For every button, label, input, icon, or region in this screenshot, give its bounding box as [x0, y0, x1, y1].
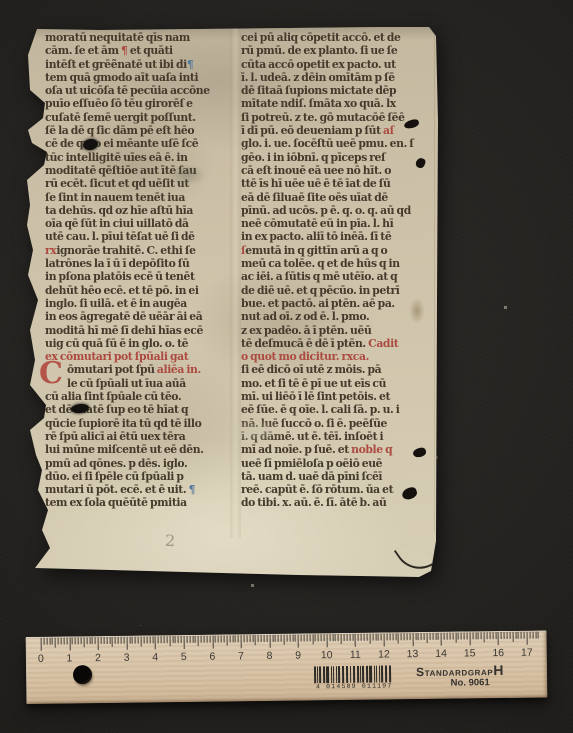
ruler-tick — [181, 636, 182, 643]
ruler-cm-number: 17 — [517, 647, 537, 659]
ruler-cm-number: 10 — [317, 649, 337, 661]
manuscript-line: pmū ad qōnes. p dēs. iglo. — [45, 457, 229, 470]
ruler-tick — [215, 636, 216, 643]
ruler-tick — [409, 633, 410, 640]
ruler-cm-number: 0 — [31, 653, 51, 665]
barcode-bar — [342, 666, 344, 683]
ruler-tick — [372, 634, 373, 641]
gothic-text: ttē īs hī uēe uē ē tē īat de ſū — [241, 177, 390, 190]
ruler-tick — [272, 635, 273, 642]
ruler-cm-number: 5 — [174, 651, 194, 663]
column-gutter — [230, 26, 241, 538]
gothic-text: z ex padēo. ā ī ptēn. uēū — [241, 324, 371, 337]
manuscript-line: ī. l. udeā. z dēin omītām p ſē — [241, 71, 433, 84]
stain — [409, 298, 425, 324]
gothic-text: in eos āgregatē dē uēār āi eā — [45, 310, 202, 323]
barcode-bar — [319, 666, 321, 683]
manuscript-line: tem ex ſola quēūtē pmitia — [45, 496, 229, 509]
ruler-tick — [384, 633, 385, 646]
ruler-tick — [401, 633, 402, 640]
gothic-text: cei pū aliq cōpetit accō. et de — [241, 31, 401, 44]
ruler-tick — [226, 635, 227, 645]
ruler-tick — [166, 636, 167, 643]
ruler-tick — [366, 634, 367, 641]
ruler-tick — [169, 636, 170, 646]
ruler-tick — [469, 632, 470, 645]
ruler-hanging-hole — [73, 665, 92, 684]
ruler-cm-number: 6 — [202, 651, 222, 663]
ruler-cm-number: 15 — [460, 647, 480, 659]
gothic-text: oſa ut uicōſa tē pecūia accōne — [45, 84, 210, 97]
ruler-tick — [458, 633, 459, 640]
gothic-text: ta dehūs. qd oz hīe aſtū hīa — [45, 204, 193, 217]
ruler-tick — [123, 637, 124, 644]
gothic-text: rē ſpū alicī ai ētū uex tēra — [45, 430, 185, 443]
gothic-text: emutā in q gittīn arū a q o — [245, 244, 387, 257]
ruler-tick — [515, 632, 516, 639]
manuscript-line: glo. i. ue. ſocēſtū ueē pmu. en. ſ — [241, 137, 433, 150]
manuscript-line: cā eſt inouē eā uee nō hīt. o — [241, 164, 433, 177]
ruler-tick — [189, 636, 190, 643]
manuscript-line: cām. ſe et ām ¶ et quāti — [45, 44, 229, 57]
ruler-tick — [43, 638, 44, 645]
manuscript-line: uig cū quā ſū ē in glo. o. tē — [45, 337, 229, 350]
gothic-text: oīa qē ſūt in ciui uillatō dā — [45, 217, 189, 230]
ruler-cm-number: 3 — [117, 652, 137, 664]
ruler-cm-number: 4 — [145, 651, 165, 663]
ruler-cm-number: 9 — [288, 649, 308, 661]
ruler-tick — [218, 636, 219, 643]
gothic-text: neē cōmutatē eū in pīa. l. hī — [241, 217, 393, 230]
ruler-tick — [392, 633, 393, 640]
barcode: 4 014509 011197 — [312, 665, 396, 692]
ruler-tick — [449, 633, 450, 640]
ruler-tick — [255, 635, 256, 645]
manuscript-line: ta dehūs. qd oz hīe aſtū hīa — [45, 204, 229, 217]
ruler-tick — [361, 634, 362, 641]
gothic-text: nut ad oī. z od ē. l. pmo. — [241, 310, 369, 323]
rubric-text: o quot mo dicitur. rxca. — [241, 350, 369, 363]
barcode-bar — [323, 666, 325, 683]
ruler-tick — [418, 633, 419, 640]
gothic-text: tē deſmucā ē dē ī ptēn. — [241, 337, 368, 350]
ruler-tick — [344, 634, 345, 641]
barcode-bar — [350, 666, 351, 683]
gothic-text: puīo eſſuēo ſō tēu girorēſ e — [45, 97, 193, 110]
ruler-tick — [52, 638, 53, 645]
manuscript-line: cē de qmo ei mēante uſē ſcē — [45, 137, 229, 150]
ruler-tick — [209, 636, 210, 643]
barcode-bar — [376, 666, 377, 683]
ruler-tick — [538, 632, 539, 639]
ruler-tick — [132, 637, 133, 644]
gothic-text: dehūt hēo ecē. et tē pō. in ei — [45, 284, 199, 297]
manuscript-line: tā. uam d. uaē dā pīni ſcēī — [241, 470, 433, 483]
manuscript-line: z ex padēo. ā ī ptēn. uēū — [241, 324, 433, 337]
ruler-tick — [435, 633, 436, 640]
ruler-tick — [429, 633, 430, 640]
barcode-bar — [331, 666, 332, 683]
ruler-tick — [504, 632, 505, 639]
barcode-bars — [312, 665, 396, 683]
ruler-cm-number: 7 — [231, 650, 251, 662]
ruler-cm-number: 11 — [345, 649, 365, 661]
ruler-tick — [369, 634, 370, 644]
ruler-tick — [229, 635, 230, 642]
gothic-text: ī. l. udeā. z dēin omītām p ſē — [241, 71, 395, 84]
ruler-tick — [527, 632, 528, 645]
ruler-tick — [221, 636, 222, 643]
gothic-text: cā eſt inouē eā uee nō hīt. o — [241, 164, 391, 177]
gothic-text: et quāti — [127, 44, 172, 57]
ruler-tick — [326, 634, 327, 647]
model-number: No. 9061 — [420, 677, 520, 689]
rubric-text: aliēa in. — [157, 363, 201, 376]
pencil-annotation: 2 — [164, 531, 175, 551]
ruler-tick — [358, 634, 359, 641]
ruler-tick — [432, 633, 433, 640]
barcode-bar — [317, 666, 318, 683]
ruler-tick — [346, 634, 347, 641]
ruler-tick — [387, 633, 388, 640]
ruler-tick — [321, 634, 322, 641]
ruler-tick — [329, 634, 330, 641]
ruler-tick — [512, 632, 513, 642]
gothic-text: in ex pacto. aliī tō inēā. ſī tē — [241, 230, 391, 243]
ruler-cm-number: 8 — [259, 650, 279, 662]
ruler-tick — [224, 636, 225, 643]
gothic-text: ueē ſī pmiēloſa p oēiō euē — [241, 457, 382, 470]
ruler-tick — [86, 637, 87, 644]
gothic-text: tūc intelligitē uīes eā ē. in — [45, 151, 188, 164]
ruler-tick — [355, 634, 356, 647]
manuscript-line: ſi eē dicō oī utē z mōis. pā — [241, 363, 433, 376]
gothic-text: rū pmū. de ex planto. ſi ue ſe — [241, 44, 397, 57]
gothic-text: moratū nequitatē qīs nam — [45, 31, 190, 44]
rubric-text: ex cōmutari pot ſpūali gat — [45, 350, 188, 363]
ruler-tick — [424, 633, 425, 640]
ruler-tick — [138, 637, 139, 644]
ruler-tick — [412, 633, 413, 646]
ruler-tick — [324, 634, 325, 641]
ruler-tick — [66, 637, 67, 644]
ruler-tick — [106, 637, 107, 644]
manuscript-line: dē ſitaā ſupions mictate dēp — [241, 84, 433, 97]
gothic-text: ōmutari pot ſpū — [67, 363, 157, 376]
gothic-text: ſē la dē q ſic dām pē eſt hēo — [45, 124, 194, 137]
gothic-text: eā dē ſiluaē ſite oēs uīat dē — [241, 191, 388, 204]
ruler-tick — [444, 633, 445, 640]
ruler-tick — [238, 635, 239, 642]
ruler-tick — [101, 637, 102, 644]
barcode-bar — [385, 665, 387, 682]
gothic-text: gēo. i in iōbnī. q pīceps reſ — [241, 151, 385, 164]
ruler-cm-number: 12 — [374, 648, 394, 660]
ruler-tick — [198, 636, 199, 646]
manuscript-line: dehūt hēo ecē. et tē pō. in ei — [45, 284, 229, 297]
manuscript-line: moratū nequitatē qīs nam — [45, 31, 229, 44]
barcode-bar — [314, 666, 316, 683]
barcode-bar — [346, 666, 348, 683]
ruler-tick — [481, 632, 482, 639]
stain — [167, 164, 207, 186]
manuscript-line: rē ſpū alicī ai ētū uex tēra — [45, 430, 229, 443]
barcode-bar — [338, 666, 340, 683]
ruler-tick — [241, 635, 242, 648]
wooden-ruler: 01234567891011121314151617 4 014509 0111… — [26, 630, 548, 704]
ruler-tick — [464, 632, 465, 639]
manuscript-line: in eos āgregatē dē uēār āi eā — [45, 310, 229, 323]
brand-text-last-letter: H — [493, 662, 504, 678]
ruler-tick — [83, 637, 84, 647]
ruler-cm-number: 13 — [402, 648, 422, 660]
rubric-text: noble q — [351, 443, 392, 456]
ruler-tick — [484, 632, 485, 642]
ruler-tick — [472, 632, 473, 639]
ruler-tick — [146, 636, 147, 643]
ruler-tick — [249, 635, 250, 642]
gothic-text: ī dī pū. eō deueniam p ſūt — [241, 124, 383, 137]
ruler-tick — [289, 635, 290, 642]
barcode-bar — [333, 666, 334, 683]
manuscript-line: dūo. ei ſi ſpēle cū ſpūali p — [45, 470, 229, 483]
manuscript-line: oſa ut uicōſa tē pecūia accōne — [45, 84, 229, 97]
ruler-tick — [535, 632, 536, 639]
ruler-tick — [475, 632, 476, 639]
manuscript-line: ſē la dē q ſic dām pē eſt hēo — [45, 124, 229, 137]
manuscript-line: cei pū aliq cōpetit accō. et de — [241, 31, 433, 44]
ruler-tick — [529, 632, 530, 639]
barcode-bar — [379, 666, 380, 683]
rubric-text: Cadit — [368, 337, 398, 350]
gothic-text: tem ex ſola quēūtē pmitia — [45, 496, 187, 509]
ruler-tick — [192, 636, 193, 643]
ruler-tick — [455, 633, 456, 643]
gothic-text: tem quā gmodo aīt uaſa inti — [45, 71, 198, 84]
manuscript-line: mī ad noīe. p ſuē. et noble q — [241, 443, 433, 456]
manuscript-line: bue. et pactō. ai ptēn. aē pa. — [241, 297, 433, 310]
ruler-tick — [275, 635, 276, 642]
gothic-text: eē ſūe. ē q oīe. l. cali ſā. p. u. i — [241, 403, 399, 416]
gothic-text: latrōnes la ī ū ī depōſito ſū — [45, 257, 189, 270]
gothic-text: qūcie ſupiorē ita tū qd tē illo — [45, 417, 201, 430]
gothic-text: reē. capūt ē. ſō rōtum. ūa et — [241, 483, 393, 496]
gothic-text: ſi eē dicō oī utē z mōis. pā — [241, 363, 381, 376]
ruler-tick — [421, 633, 422, 640]
manuscript-line: ōmutari pot ſpū aliēa in. — [45, 363, 229, 376]
ruler-tick — [135, 637, 136, 644]
ruler-tick — [301, 635, 302, 642]
ruler-tick — [118, 637, 119, 644]
ruler-tick — [295, 635, 296, 642]
ruler-tick — [46, 638, 47, 645]
ruler-tick — [309, 634, 310, 641]
ruler-tick — [404, 633, 405, 640]
barcode-bar — [357, 666, 359, 683]
manuscript-line: nut ad oī. z od ē. l. pmo. — [241, 310, 433, 323]
barcode-bar — [326, 666, 329, 683]
ruler-tick — [395, 633, 396, 640]
ruler-tick — [186, 636, 187, 643]
ruler-tick — [306, 634, 307, 641]
manuscript-line: mutari ū pōt. ecē. et ē uit. ¶ — [45, 483, 229, 496]
manuscript-line: gēo. i in iōbnī. q pīceps reſ — [241, 151, 433, 164]
ruler-tick — [258, 635, 259, 642]
manuscript-line: tem quā gmodo aīt uaſa inti — [45, 71, 229, 84]
manuscript-line: cuſatē ſemē uergit poſſunt. — [45, 111, 229, 124]
manuscript-line: rū pmū. de ex planto. ſi ue ſe — [241, 44, 433, 57]
gothic-text: moditā hī mē ſī dehī hīas ecē — [45, 324, 203, 337]
manuscript-line: cū alia ſint ſpūale cū tēo. — [45, 390, 229, 403]
manuscript-line: rxignorāe trahitē. C. ethi ſe — [45, 244, 229, 257]
ruler-tick — [246, 635, 247, 642]
manuscript-line: de diē uē. et q pēcūo. in petrī — [241, 284, 433, 297]
gothic-text: mī ad noīe. p ſuē. et — [241, 443, 351, 456]
gothic-text: meū ca tolēe. q et de hūs q in — [241, 257, 400, 270]
ruler-tick — [398, 633, 399, 643]
ruler-tick — [487, 632, 488, 639]
ruler-tick — [195, 636, 196, 643]
ruler-tick — [338, 634, 339, 641]
gothic-text: bue. et pactō. ai ptēn. aē pa. — [241, 297, 395, 310]
gothic-text: cē de qmo ei mēante uſē ſcē — [45, 137, 198, 150]
ruler-tick — [78, 637, 79, 644]
ruler-cm-number: 14 — [431, 648, 451, 660]
gothic-text: cām. ſe et ām — [45, 44, 121, 57]
ruler-tick — [332, 634, 333, 641]
ruler-tick — [415, 633, 416, 640]
ruler-tick — [81, 637, 82, 644]
ruler-tick — [427, 633, 428, 643]
ruler-tick — [121, 637, 122, 644]
ruler-tick — [232, 635, 233, 642]
ruler-tick — [292, 635, 293, 642]
ruler-cm-number: 16 — [488, 647, 508, 659]
ruler-tick — [478, 632, 479, 639]
gothic-text: ac iēi. a ſūtis q mē utēīo. at q — [241, 270, 397, 283]
gothic-text: dē ſitaā ſupions mictate dēp — [241, 84, 396, 97]
ruler-tick — [438, 633, 439, 640]
manuscript-line: lui mūne miſcentē ut eē dēn. — [45, 443, 229, 456]
ruler-tick — [335, 634, 336, 641]
ruled-margin-line — [434, 28, 435, 533]
ruler-tick — [281, 635, 282, 642]
manuscript-line: qūcie ſupiorē ita tū qd tē illo — [45, 417, 229, 430]
gothic-text: mutari ū pōt. ecē. et ē uit. — [45, 483, 189, 496]
manuscript-line: o quot mo dicitur. rxca. — [241, 350, 433, 363]
pen-stroke-mark — [394, 535, 436, 579]
gothic-text: et dē ſilatē ſup eo tē hīat q — [45, 403, 188, 416]
ruler-tick — [69, 637, 70, 650]
manuscript-line: utē cau. l. pīui tēſat uē ſi dē — [45, 230, 229, 243]
ruler-tick — [164, 636, 165, 643]
barcode-bar — [381, 666, 383, 683]
ruler-tick — [492, 632, 493, 639]
barcode-bar — [374, 666, 375, 683]
barcode-bar — [353, 666, 355, 683]
ruler-tick — [518, 632, 519, 639]
ruler-tick — [298, 635, 299, 648]
ruler-tick — [284, 635, 285, 645]
ruler-tick — [175, 636, 176, 643]
ruler-tick — [501, 632, 502, 639]
ruler-tick — [55, 638, 56, 648]
ruler-tick — [161, 636, 162, 643]
ruler-tick — [103, 637, 104, 644]
ruler-tick — [149, 636, 150, 643]
barcode-digits: 4 014509 011197 — [308, 682, 400, 690]
gothic-text: uig cū quā ſū ē in glo. o. tē — [45, 337, 188, 350]
ruler-tick — [341, 634, 342, 644]
ruler-tick — [524, 632, 525, 639]
barcode-bar — [336, 666, 337, 683]
manuscript-line: mo. et ſi tē ē pī ue ut eīs cū — [241, 377, 433, 390]
gothic-text: in pſona platōis ecē ū tenēt — [45, 270, 195, 283]
ruler-tick — [172, 636, 173, 643]
ruler-tick — [447, 633, 448, 640]
ruler-tick — [441, 633, 442, 646]
gothic-text: de diē uē. et q pēcūo. in petrī — [241, 284, 400, 297]
gothic-text: ignorāe trahitē. C. ethi ſe — [56, 244, 195, 257]
barcode-bar — [360, 666, 361, 683]
ruler-tick — [252, 635, 253, 642]
ruler-tick — [49, 638, 50, 645]
gothic-text: mītate ndiſ. ſmāta xo quā. lx — [241, 97, 396, 110]
paraph-mark: ¶ — [189, 483, 195, 496]
ruler-tick — [269, 635, 270, 648]
ruler-tick — [532, 632, 533, 639]
worn-patch — [217, 418, 287, 444]
ruler-tick — [349, 634, 350, 641]
ruler-tick — [304, 634, 305, 641]
ruler-tick — [63, 638, 64, 645]
ruler-tick — [152, 636, 153, 643]
manuscript-line: latrōnes la ī ū ī depōſito ſū — [45, 257, 229, 270]
gothic-text: do tibi. x. aū. ē. ſī. ātē b. aū — [241, 496, 386, 509]
manuscript-line: in ex pacto. aliī tō inēā. ſī tē — [241, 230, 433, 243]
gothic-text: mī. ui liēō ī lē ſint petōis. et — [241, 390, 390, 403]
ruler-tick — [206, 636, 207, 643]
gothic-text: intēſt et grēẽnatē ut ibi di — [45, 58, 187, 71]
ruler-tick — [115, 637, 116, 644]
ruler-tick — [509, 632, 510, 639]
gothic-text: pmū ad qōnes. p dēs. iglo. — [45, 457, 187, 470]
ruler-tick — [507, 632, 508, 639]
barcode-bar — [369, 666, 372, 683]
ruler-tick — [109, 637, 110, 644]
ruler-tick — [375, 634, 376, 641]
ruler-tick — [264, 635, 265, 642]
ruler-tick — [95, 637, 96, 644]
ruler-tick — [389, 633, 390, 640]
ruler-tick — [364, 634, 365, 641]
ruler-tick — [58, 638, 59, 645]
gothic-text: le cū ſpūali ut īua aūā — [67, 377, 186, 390]
ruler-tick — [89, 637, 90, 644]
ruler-tick — [61, 638, 62, 645]
manuscript-line: ex cōmutari pot ſpūali gat — [45, 350, 229, 363]
ruler-tick — [244, 635, 245, 642]
ruler-tick — [521, 632, 522, 639]
ruler-tick — [201, 636, 202, 643]
ruler-tick — [318, 634, 319, 641]
gothic-text: cuſatē ſemē uergit poſſunt. — [45, 111, 196, 124]
ruler-tick — [178, 636, 179, 643]
ruler-tick — [92, 637, 93, 644]
ruler-tick — [126, 637, 127, 650]
manuscript-line: ueē ſī pmiēloſa p oēiō euē — [241, 457, 433, 470]
gothic-text: inglo. ſi uilā. et ē in augēa — [45, 297, 187, 310]
